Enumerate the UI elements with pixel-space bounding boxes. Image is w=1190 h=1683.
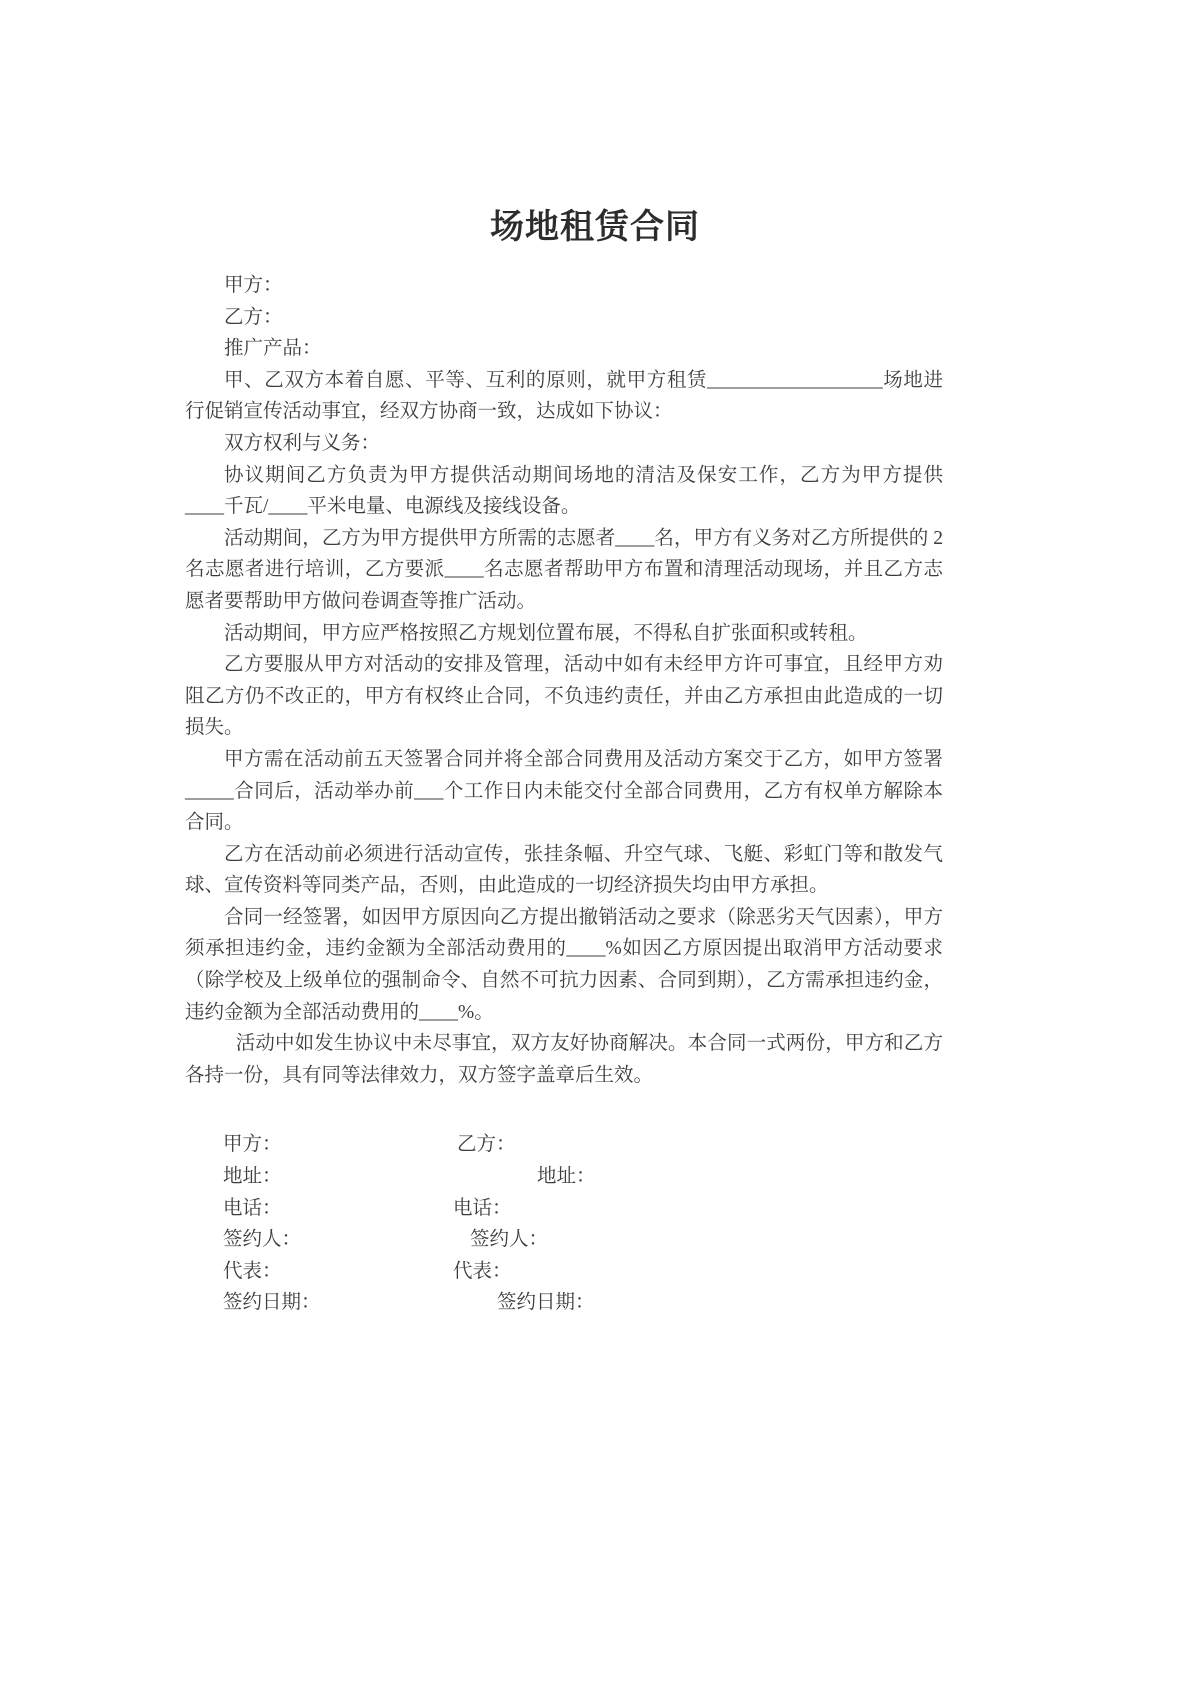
address-label-party-b: 地址： [537,1161,596,1193]
representative-label-party-a: 代表： [223,1256,282,1288]
signature-label-party-b: 乙方： [457,1129,516,1161]
representative-label-party-b: 代表： [453,1256,512,1288]
clause-dispute: 活动中如发生协议中未尽事宜，双方友好协商解决。本合同一式两份，甲方和乙方各持一份… [185,1028,943,1091]
preamble-paragraph: 甲、乙双方本着自愿、平等、互利的原则，就甲方租赁________________… [185,365,943,428]
clause-management: 乙方要服从甲方对活动的安排及管理，活动中如有未经甲方许可事宜，且经甲方劝阻乙方仍… [185,649,943,744]
signature-row-signer: 签约人： 签约人： [185,1224,943,1256]
party-b-line: 乙方： [185,302,943,334]
sign-date-label-party-b: 签约日期： [497,1287,595,1319]
signer-label-party-b: 签约人： [470,1224,548,1256]
clause-volunteers: 活动期间，乙方为甲方提供甲方所需的志愿者____名，甲方有义务对乙方所提供的 2… [185,523,943,618]
signature-row-date: 签约日期： 签约日期： [185,1287,943,1319]
contract-page: 场地租赁合同 甲方： 乙方： 推广产品： 甲、乙双方本着自愿、平等、互利的原则，… [0,0,1190,1683]
signature-row-phone: 电话： 电话： [185,1193,943,1225]
signature-row-representative: 代表： 代表： [185,1256,943,1288]
clause-promotion: 乙方在活动前必须进行活动宣传，张挂条幅、升空气球、飞艇、彩虹门等和散发气球、宣传… [185,839,943,902]
clause-penalty: 合同一经签署，如因甲方原因向乙方提出撤销活动之要求（除恶劣天气因素），甲方须承担… [185,902,943,1028]
document-title: 场地租赁合同 [0,199,1190,248]
promoted-product-line: 推广产品： [185,333,943,365]
clause-utilities: 协议期间乙方负责为甲方提供活动期间场地的清洁及保安工作，乙方为甲方提供____千… [185,460,943,523]
phone-label-party-b: 电话： [453,1193,512,1225]
clause-payment: 甲方需在活动前五天签署合同并将全部合同费用及活动方案交于乙方，如甲方签署____… [185,744,943,839]
clause-layout: 活动期间，甲方应严格按照乙方规划位置布展，不得私自扩张面积或转租。 [185,618,943,650]
party-a-line: 甲方： [185,270,943,302]
rights-obligations-heading: 双方权利与义务： [185,428,943,460]
signer-label-party-a: 签约人： [223,1224,301,1256]
signature-block: 甲方： 乙方： 地址： 地址： 电话： 电话： 签约人： 签约人： 代表： 代表… [185,1129,943,1319]
document-body: 甲方： 乙方： 推广产品： 甲、乙双方本着自愿、平等、互利的原则，就甲方租赁__… [185,270,943,1319]
phone-label-party-a: 电话： [223,1193,282,1225]
sign-date-label-party-a: 签约日期： [223,1287,321,1319]
address-label-party-a: 地址： [223,1161,282,1193]
signature-label-party-a: 甲方： [223,1129,282,1161]
signature-row-address: 地址： 地址： [185,1161,943,1193]
signature-row-party: 甲方： 乙方： [185,1129,943,1161]
